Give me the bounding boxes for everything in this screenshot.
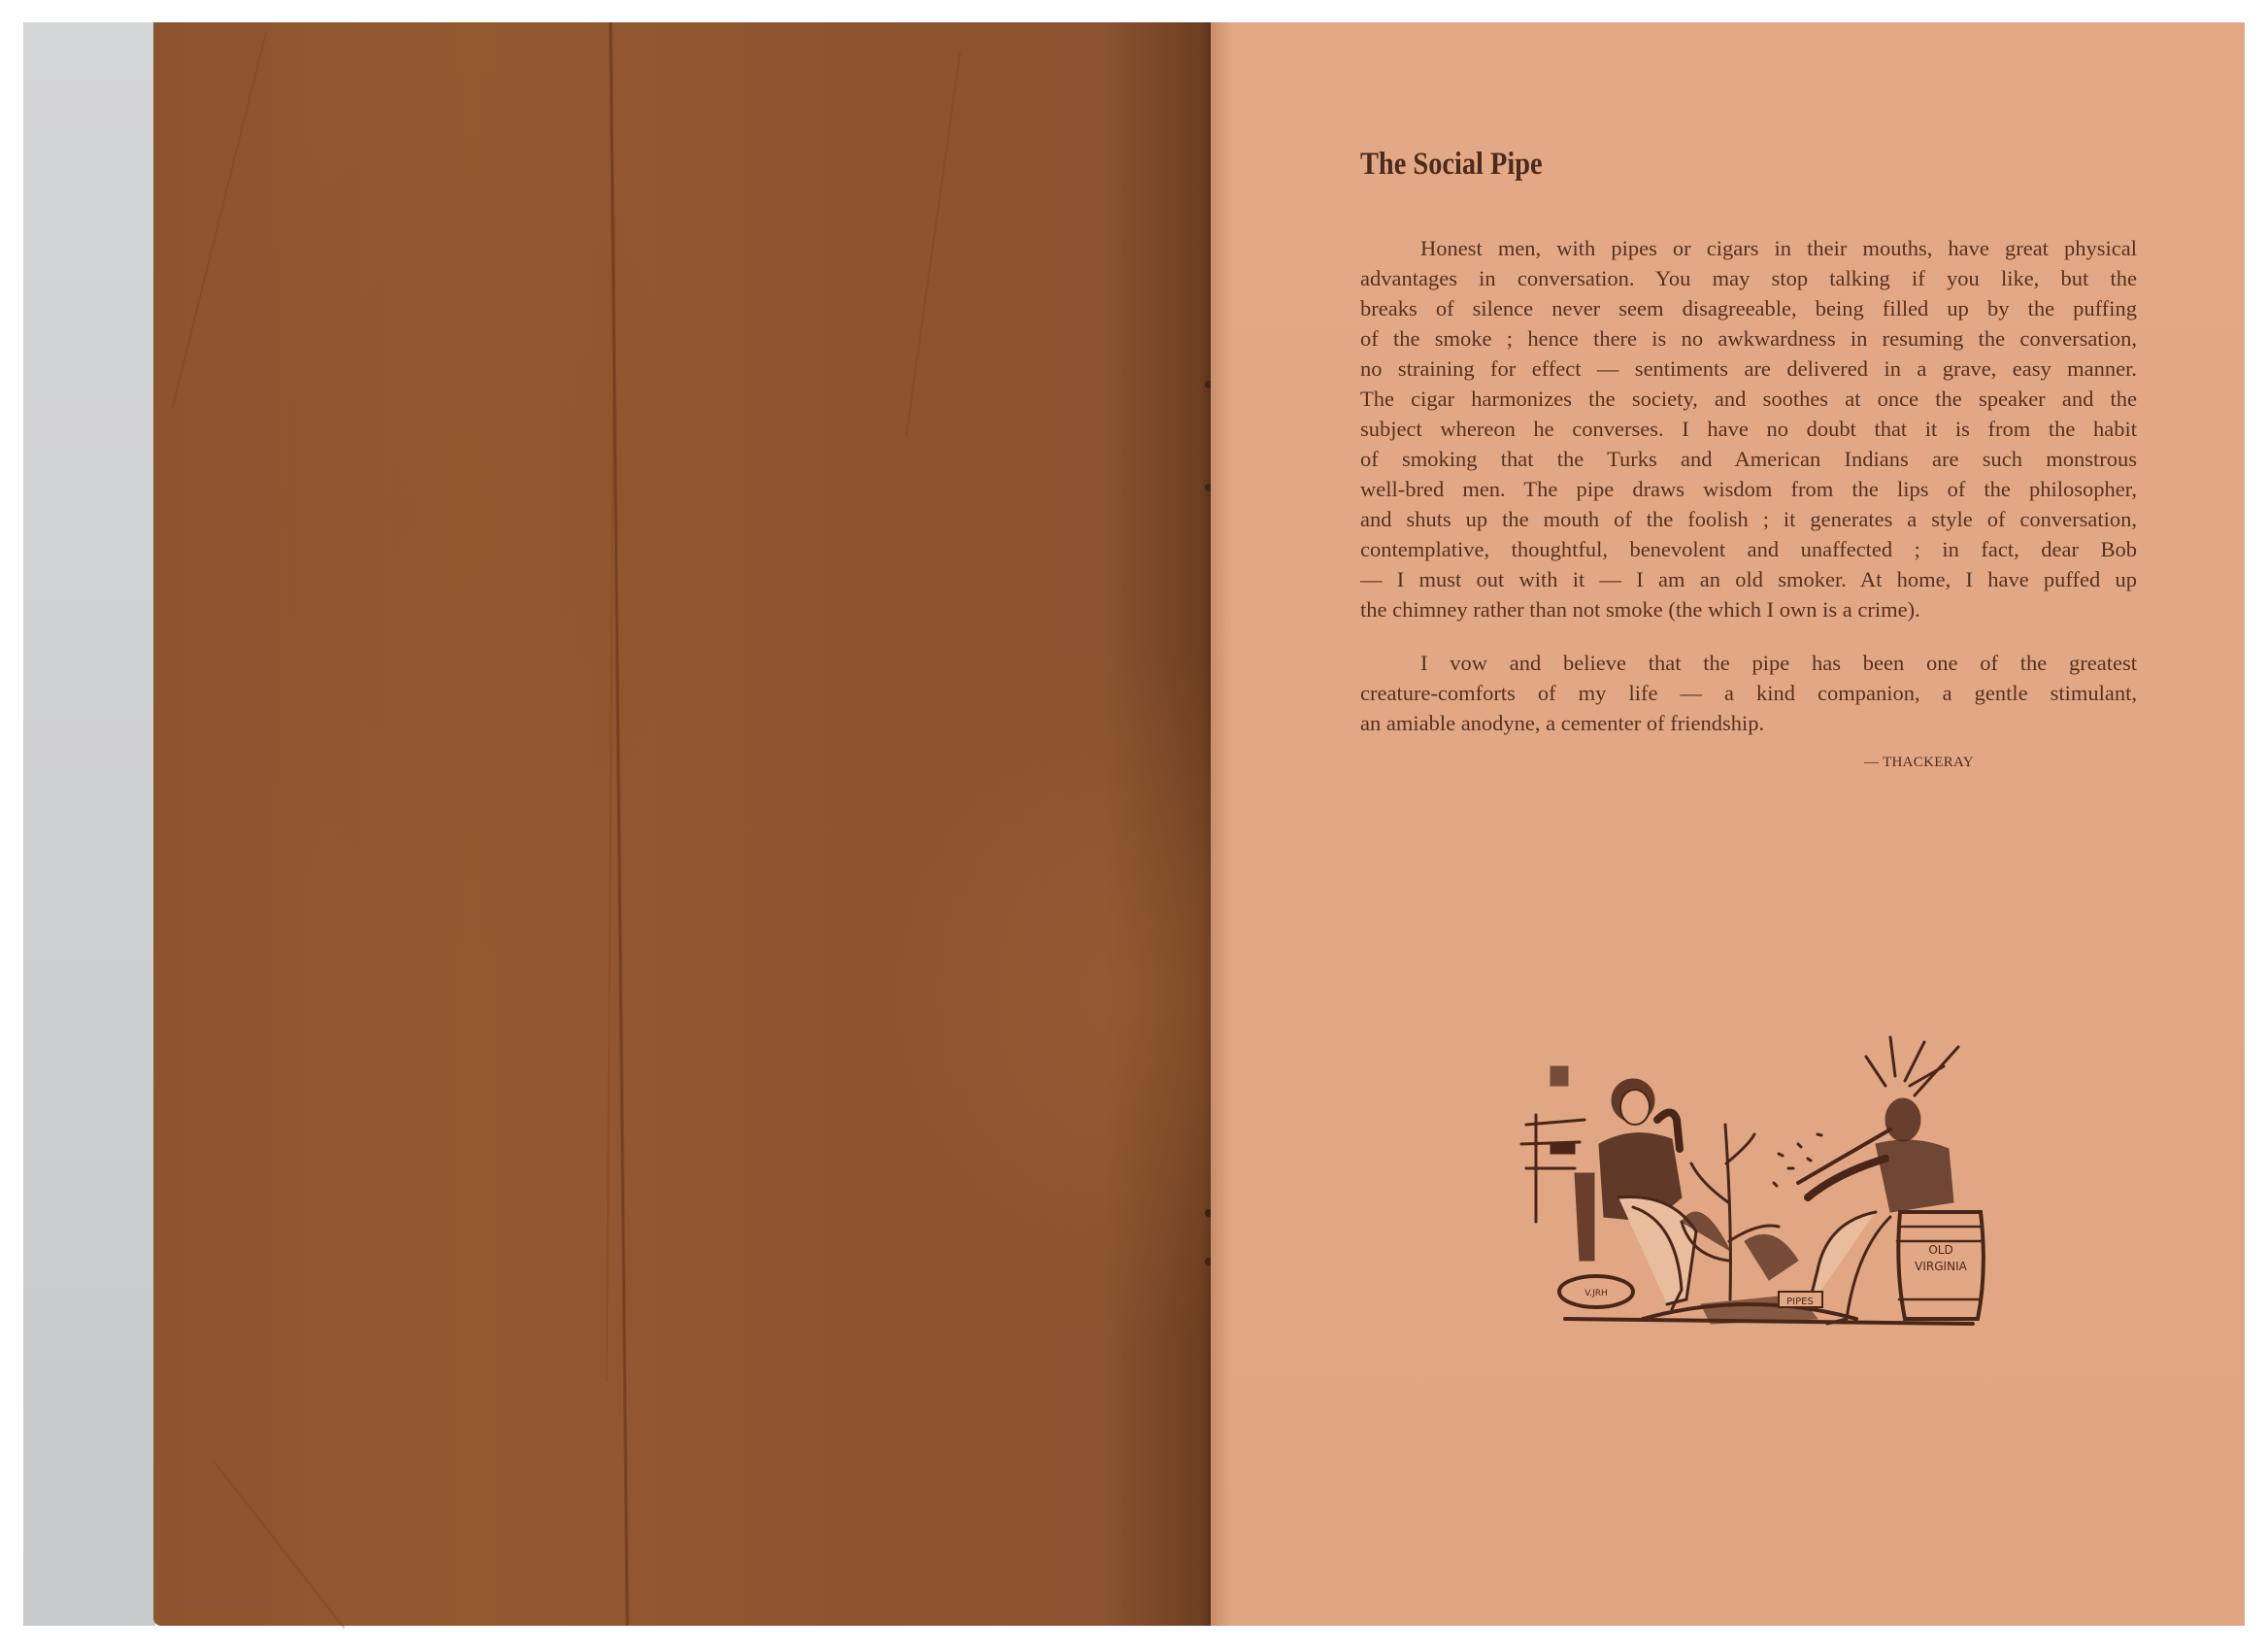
page-title: The Social Pipe (1360, 147, 1543, 183)
text-line: and shuts up the mouth of the foolish ; … (1360, 504, 2137, 534)
barrel-label: VIRGINIA (1915, 1260, 1967, 1273)
text-line: contemplative, thoughtful, benevolent an… (1360, 534, 2137, 564)
crease-line (171, 32, 267, 410)
left-page-cover (153, 22, 1211, 1626)
jar-label: V.JRH (1584, 1289, 1608, 1298)
pipes-box-label: PIPES (1786, 1297, 1814, 1307)
text-line: I vow and believe that the pipe has been… (1360, 648, 2137, 678)
crease-line (606, 217, 616, 1382)
text-line: of smoking that the Turks and American I… (1360, 444, 2137, 474)
text-line: subject whereon he converses. I have no … (1360, 414, 2137, 444)
text-line: no straining for effect — sentiments are… (1360, 354, 2137, 384)
body-text: Honest men, with pipes or cigars in thei… (1360, 233, 2137, 738)
text-line: creature-comforts of my life — a kind co… (1360, 678, 2137, 708)
paragraph-gap (1360, 624, 2137, 648)
text-line: well-bred men. The pipe draws wisdom fro… (1360, 474, 2137, 504)
engraving-illustration: VIRGINIA OLD PIPES V.JRH (1507, 1028, 1992, 1338)
right-page: The Social Pipe Honest men, with pipes o… (1211, 22, 2245, 1626)
attribution: — THACKERAY (1864, 755, 1974, 771)
text-line: The cigar harmonizes the society, and so… (1360, 384, 2137, 414)
smokers-engraving-icon: VIRGINIA OLD PIPES V.JRH (1507, 1028, 1992, 1338)
text-line: advantages in conversation. You may stop… (1360, 263, 2137, 293)
text-line: breaks of silence never seem disagreeabl… (1360, 293, 2137, 323)
crease-line (212, 1459, 345, 1629)
text-line: the chimney rather than not smoke (the w… (1360, 594, 2137, 624)
text-line: an amiable anodyne, a cementer of friend… (1360, 708, 2137, 738)
center-crease (609, 22, 628, 1626)
barrel-top-label: OLD (1928, 1243, 1952, 1257)
text-line: of the smoke ; hence there is no awkward… (1360, 323, 2137, 354)
text-line: Honest men, with pipes or cigars in thei… (1360, 233, 2137, 263)
crease-line (905, 51, 961, 436)
text-line: — I must out with it — I am an old smoke… (1360, 564, 2137, 594)
scanner-background (23, 22, 155, 1626)
